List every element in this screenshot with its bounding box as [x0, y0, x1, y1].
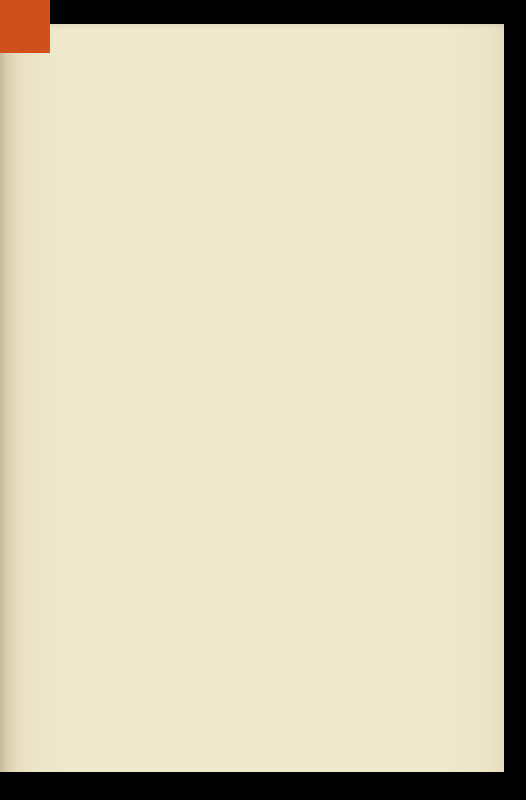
running-header-row — [93, 82, 467, 98]
scan-background — [0, 0, 526, 800]
page-content — [93, 82, 467, 107]
henry-ford-logo — [0, 0, 50, 53]
scanned-book-page — [0, 24, 504, 772]
page-bottom-edge — [0, 762, 504, 772]
